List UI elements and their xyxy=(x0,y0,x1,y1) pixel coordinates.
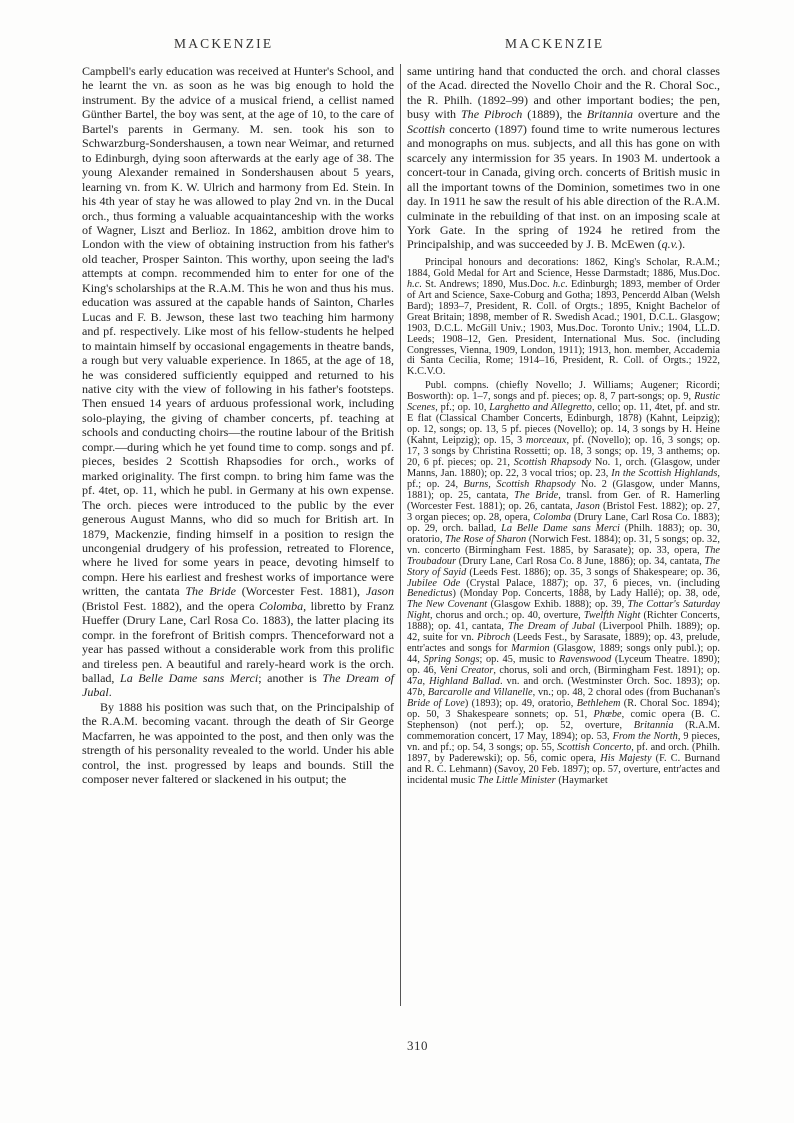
text-run: overture and the xyxy=(633,107,720,121)
italic-title: Pibroch xyxy=(477,632,510,643)
italic-title: Colomba xyxy=(533,512,571,523)
biography-paragraph-principalship: By 1888 his position was such that, on t… xyxy=(82,700,394,787)
text-run: (Bristol Fest. 1882), and the opera xyxy=(82,599,259,613)
text-run: , chorus and orch.; op. 40, overture, xyxy=(430,610,584,621)
italic-title: The Bride xyxy=(185,584,236,598)
italic-title: Jason xyxy=(576,501,600,512)
published-compositions-paragraph: Publ. compns. (chiefly Novello; J. Willi… xyxy=(407,381,720,786)
italic-title: q.v. xyxy=(662,237,679,251)
italic-title: From the North xyxy=(613,731,678,742)
text-run: Publ. compns. (chiefly Novello; J. Willi… xyxy=(407,380,720,402)
text-run: (1889), the xyxy=(522,107,587,121)
italic-title: La Belle Dame sans Merci xyxy=(501,523,620,534)
text-run: ) (Monday Pop. Concerts, 1888, by Lady H… xyxy=(452,588,720,599)
honours-paragraph: Principal honours and decorations: 1862,… xyxy=(407,258,720,378)
italic-title: Britannia xyxy=(634,720,674,731)
dictionary-page: MACKENZIE MACKENZIE Campbell's early edu… xyxy=(0,0,794,1123)
italic-title: Phœbe xyxy=(593,709,621,720)
text-run: . xyxy=(109,685,112,699)
italic-title: Scottish xyxy=(407,122,445,136)
running-head-right: MACKENZIE xyxy=(505,36,604,52)
biography-paragraph-later-career: same untiring hand that conducted the or… xyxy=(407,64,720,252)
column-divider xyxy=(400,64,401,1006)
italic-title: La Belle Dame sans Merci xyxy=(120,671,258,685)
italic-title: Britannia xyxy=(587,107,633,121)
italic-title: h.c. xyxy=(553,279,568,290)
italic-title: Highland Ballad xyxy=(429,676,500,687)
text-run: , vn.; op. 48, 2 choral odes (from Bucha… xyxy=(533,687,720,698)
italic-title: In the Scottish Highlands xyxy=(611,468,717,479)
italic-title: morceaux xyxy=(526,435,566,446)
text-run: ). xyxy=(678,237,685,251)
text-run: ; another is xyxy=(258,671,322,685)
italic-title: Veni Creator xyxy=(440,665,494,676)
italic-title: The Dream of Jubal xyxy=(508,621,595,632)
italic-title: The Little Minister xyxy=(478,775,556,786)
text-run: (Glasgow Exhib. 1888); op. 39, xyxy=(487,599,627,610)
italic-title: Benedictus xyxy=(407,588,452,599)
italic-title: Larghetto and Allegretto xyxy=(489,402,592,413)
italic-title: The New Covenant xyxy=(407,599,487,610)
italic-title: Scottish Rhapsody xyxy=(514,457,591,468)
italic-title: Jubilee Ode xyxy=(407,578,460,589)
italic-title: His Majesty xyxy=(600,753,651,764)
text-run: (Leeds Fest. 1886); op. 35, 3 songs of S… xyxy=(466,567,720,578)
biography-paragraph-continued: Campbell's early education was received … xyxy=(82,64,394,700)
italic-title: Colomba xyxy=(259,599,303,613)
italic-title: The Bride xyxy=(514,490,558,501)
italic-title: Scottish Concerto xyxy=(557,742,631,753)
italic-title: Twelfth Night xyxy=(584,610,640,621)
page-number: 310 xyxy=(407,1038,428,1054)
italic-title: The Pibroch xyxy=(461,107,522,121)
running-head-left: MACKENZIE xyxy=(174,36,273,52)
text-run: By 1888 his position was such that, on t… xyxy=(82,700,394,786)
text-run: Edinburgh; 1893, member of Order of Art … xyxy=(407,279,720,378)
text-run: Campbell's early education was received … xyxy=(82,64,394,598)
italic-title: Spring Songs xyxy=(424,654,480,665)
text-run: concerto (1897) found time to write nume… xyxy=(407,122,720,252)
italic-title: The Rose of Sharon xyxy=(445,534,526,545)
italic-title: Marmion xyxy=(511,643,550,654)
text-run: , pf.; op. 10, xyxy=(435,402,489,413)
italic-title: Ravenswood xyxy=(559,654,611,665)
italic-title: h.c. xyxy=(407,279,422,290)
italic-title: Bride of Love xyxy=(407,698,465,709)
text-run: St. Andrews; 1890, Mus.Doc. xyxy=(422,279,553,290)
text-run: (Worcester Fest. 1881), xyxy=(236,584,366,598)
italic-title: Barcarolle and Villanelle xyxy=(428,687,533,698)
right-column: same untiring hand that conducted the or… xyxy=(407,64,720,787)
italic-title: Burns, Scottish Rhapsody xyxy=(464,479,576,490)
left-column: Campbell's early education was received … xyxy=(82,64,394,787)
italic-title: Jason xyxy=(366,584,394,598)
text-run: Principal honours and decorations: 1862,… xyxy=(407,257,720,279)
text-run: (Haymarket xyxy=(556,775,608,786)
text-run: ; op. 45, music to xyxy=(480,654,560,665)
text-run: ) (1893); op. 49, oratorio, xyxy=(465,698,577,709)
text-run: (Crystal Palace, 1887); op. 37, 6 pieces… xyxy=(460,578,720,589)
text-run: (Drury Lane, Carl Rosa Co. 8 June, 1886)… xyxy=(456,556,704,567)
italic-title: Bethlehem xyxy=(577,698,621,709)
